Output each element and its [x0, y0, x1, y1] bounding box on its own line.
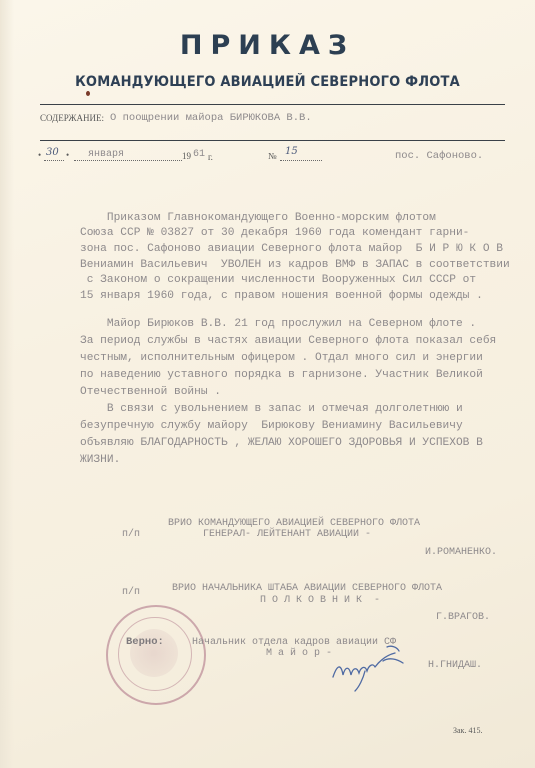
body-line: объявляю БЛАГОДАРНОСТЬ , ЖЕЛАЮ ХОРОШЕГО … [80, 437, 483, 450]
body-line: по наведению уставного порядка в гарнизо… [80, 369, 483, 382]
content-rule [40, 140, 505, 141]
body-line: безупречную службу майору Бирюкову Вениа… [80, 420, 463, 433]
document-subtitle: КОМАНДУЮЩЕГО АВИАЦИЕЙ СЕВЕРНОГО ФЛОТА [27, 74, 509, 90]
body-line: 15 января 1960 года, с правом ношения во… [80, 290, 483, 303]
signature-rank: П О Л К О В Н И К - [260, 594, 380, 607]
number-value: 15 [285, 146, 298, 157]
signature-name: Г.ВРАГОВ. [436, 611, 490, 624]
day-value: 30 [46, 147, 59, 158]
body-line: В связи с увольнением в запас и отмечая … [80, 403, 463, 416]
signature-name: И.РОМАНЕНКО. [425, 546, 497, 559]
body-line: честным, исполнительным офицером . Отдал… [80, 352, 483, 365]
signature-mark: п/п [122, 586, 140, 599]
body-line: ЖИЗНИ. [80, 454, 120, 467]
year-unit: г. [208, 152, 213, 162]
month-value: января [88, 148, 124, 161]
body-line: Отечественной войны . [80, 386, 221, 399]
year-prefix: 19 [182, 151, 191, 161]
body-line: Союза ССР № 03827 от 30 декабря 1960 год… [80, 227, 469, 240]
signature-mark: п/п [122, 528, 140, 541]
body-line: Вениамин Васильевич УВОЛЕН из кадров ВМФ… [80, 259, 510, 272]
content-value: О поощрении майора БИРЮКОВА В.В. [110, 112, 312, 125]
ink-dot [86, 91, 90, 96]
body-line: Майор Бирюков В.В. 21 год прослужил на С… [80, 318, 476, 331]
official-seal-stamp [106, 605, 206, 705]
handwritten-signature-icon [325, 637, 415, 692]
body-line: зона пос. Сафоново авиации Северного фло… [80, 243, 503, 256]
document-title: ПРИКАЗ [0, 30, 535, 61]
year-suffix: 61 [193, 148, 205, 161]
header-rule [40, 104, 505, 105]
quote-close: • [66, 150, 69, 160]
number-label: № [268, 151, 277, 161]
content-label: СОДЕРЖАНИЕ: [40, 113, 104, 123]
body-line: За период службы в частях авиации Северн… [80, 335, 496, 348]
certification-rank: М а й о р - [266, 647, 332, 660]
order-reference: Зак. 415. [453, 726, 482, 735]
body-line: с Законом о сокращении численности Воору… [80, 274, 476, 287]
signature-rank: ГЕНЕРАЛ- ЛЕЙТЕНАНТ АВИАЦИИ - [203, 528, 371, 541]
document-page: ПРИКАЗ КОМАНДУЮЩЕГО АВИАЦИЕЙ СЕВЕРНОГО Ф… [0, 0, 535, 768]
certification-label: Верно: [126, 636, 164, 649]
place: пос. Сафоново. [395, 150, 483, 163]
quote-open: • [38, 150, 41, 160]
body-line: Приказом Главнокомандующего Военно-морск… [80, 212, 436, 225]
certification-name: Н.ГНИДАШ. [428, 659, 482, 672]
